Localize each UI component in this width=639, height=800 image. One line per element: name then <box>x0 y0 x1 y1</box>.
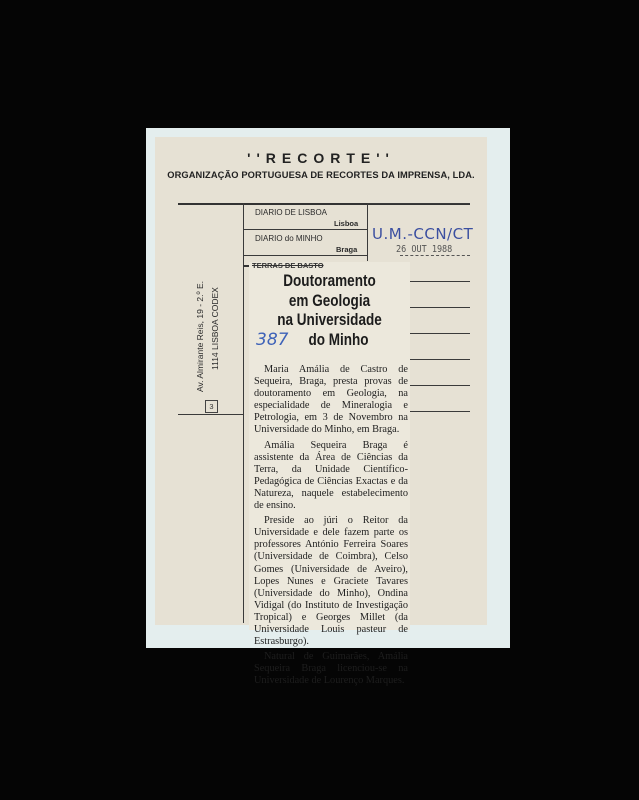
row-divider-1 <box>243 229 367 230</box>
agency-subtitle: ORGANIZAÇÃO PORTUGUESA DE RECORTES DA IM… <box>158 170 483 181</box>
article-body: Maria Amália de Castro de Sequeira, Brag… <box>254 364 408 690</box>
table-divider <box>367 203 368 261</box>
left-rule <box>178 414 243 415</box>
publication-city: Braga <box>336 245 357 254</box>
article-paragraph: Preside ao júri o Reitor da Universidade… <box>254 515 408 648</box>
publication-city: Lisboa <box>334 219 358 228</box>
box-number: 3 <box>205 400 218 413</box>
right-rule <box>367 203 470 204</box>
right-rule <box>405 307 470 308</box>
row-divider-2 <box>243 255 367 256</box>
clip-number: 387 <box>256 330 288 350</box>
right-rule <box>405 281 470 282</box>
article-paragraph: Maria Amália de Castro de Sequeira, Brag… <box>254 364 408 437</box>
headline-line: Doutoramento <box>263 272 395 292</box>
article-paragraph: Amália Sequeira Braga é assistente da Ár… <box>254 440 408 513</box>
right-rule <box>400 255 470 257</box>
publication-name: DIARIO do MINHO <box>255 234 323 243</box>
publication-name-struck: TERRAS DE BASTO <box>252 261 324 270</box>
agency-address: Av. Almirante Reis, 19 - 2.º E. 1114 LIS… <box>195 250 225 400</box>
handwritten-code: U.M.-CCN/CT <box>372 225 473 243</box>
headline-line: em Geologia <box>263 292 395 312</box>
agency-title: ''RECORTE'' <box>155 150 487 166</box>
right-rule <box>405 411 470 412</box>
address-line-1: Av. Almirante Reis, 19 - 2.º E. <box>195 281 205 392</box>
right-rule <box>405 385 470 386</box>
right-rule <box>405 359 470 360</box>
right-rule <box>405 333 470 334</box>
publication-name: DIARIO DE LISBOA <box>255 208 327 217</box>
date-stamp: 26 OUT 1988 <box>396 244 452 255</box>
headline-line: na Universidade <box>263 311 395 331</box>
article-paragraph: Natural de Guimarães, Amália Sequeira Br… <box>254 651 408 687</box>
address-line-2: 1114 LISBOA CODEX <box>210 287 220 370</box>
